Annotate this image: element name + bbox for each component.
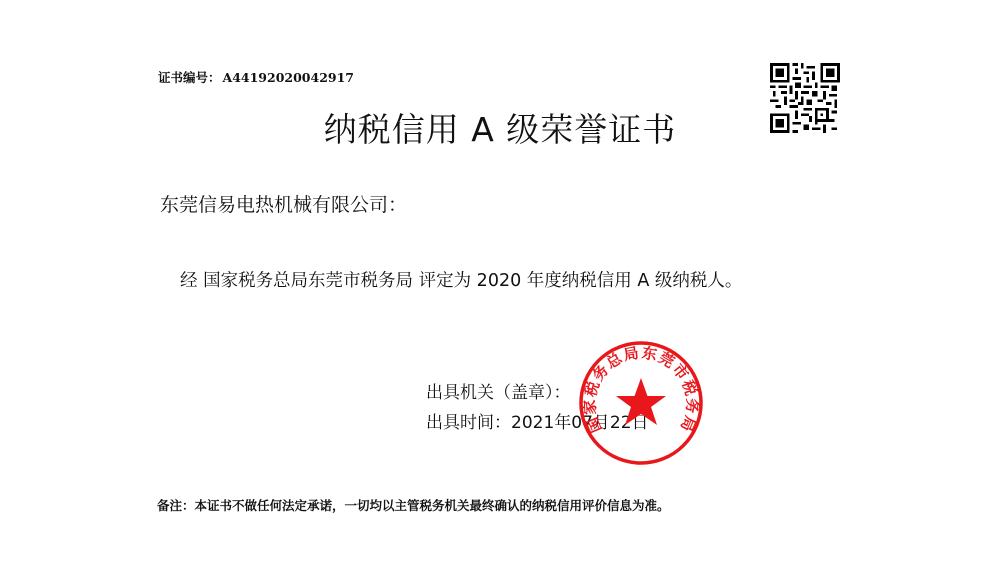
rating-statement: 经 国家税务总局东莞市税务局 评定为 2020 年度纳税信用 A 级纳税人。 <box>180 267 742 292</box>
issue-date-value: 2021年07月22日 <box>511 413 649 433</box>
footnote-disclaimer: 备注：本证书不做任何法定承诺，一切均以主管税务机关最终确认的纳税信用评价信息为准… <box>157 496 670 514</box>
certificate-title: 纳税信用 A 级荣誉证书 <box>0 104 1000 151</box>
official-seal: 国家税务总局东莞市税务局 <box>578 340 704 466</box>
issue-date-label: 出具时间： <box>426 413 511 433</box>
issuing-authority-label: 出具机关（盖章）： <box>426 378 571 403</box>
issue-date: 出具时间：2021年07月22日 <box>426 408 649 433</box>
certificate-number-value: A44192020042917 <box>223 70 354 85</box>
certificate-number: 证书编号：A44192020042917 <box>158 68 354 86</box>
certificate-number-label: 证书编号： <box>158 70 221 85</box>
recipient-company: 东莞信易电热机械有限公司： <box>160 190 407 217</box>
